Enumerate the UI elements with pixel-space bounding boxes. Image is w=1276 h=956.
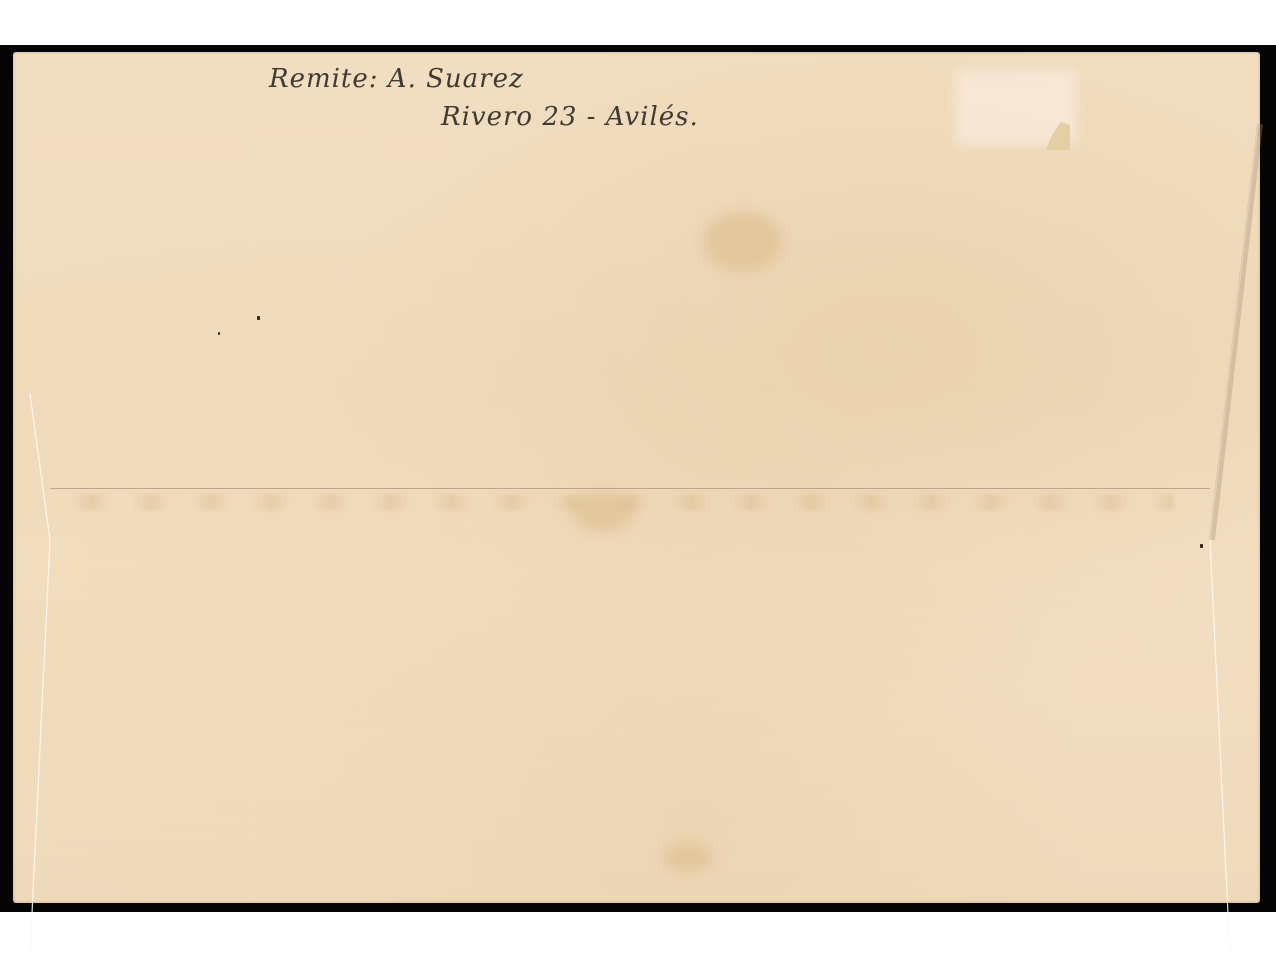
ink-dot (218, 332, 220, 335)
flap-edge (50, 488, 1210, 489)
ink-dot (1200, 544, 1203, 548)
return-address-line-1: Remite: A. Suarez (269, 64, 524, 94)
stain (703, 212, 783, 272)
return-address-line-2: Rivero 23 - Avilés. (441, 102, 699, 132)
ink-dot (257, 316, 260, 320)
stain (573, 492, 633, 532)
stain (663, 842, 713, 872)
envelope-fold-lines (26, 104, 1273, 955)
envelope-back: Remite: A. Suarez Rivero 23 - Avilés. (13, 52, 1260, 903)
